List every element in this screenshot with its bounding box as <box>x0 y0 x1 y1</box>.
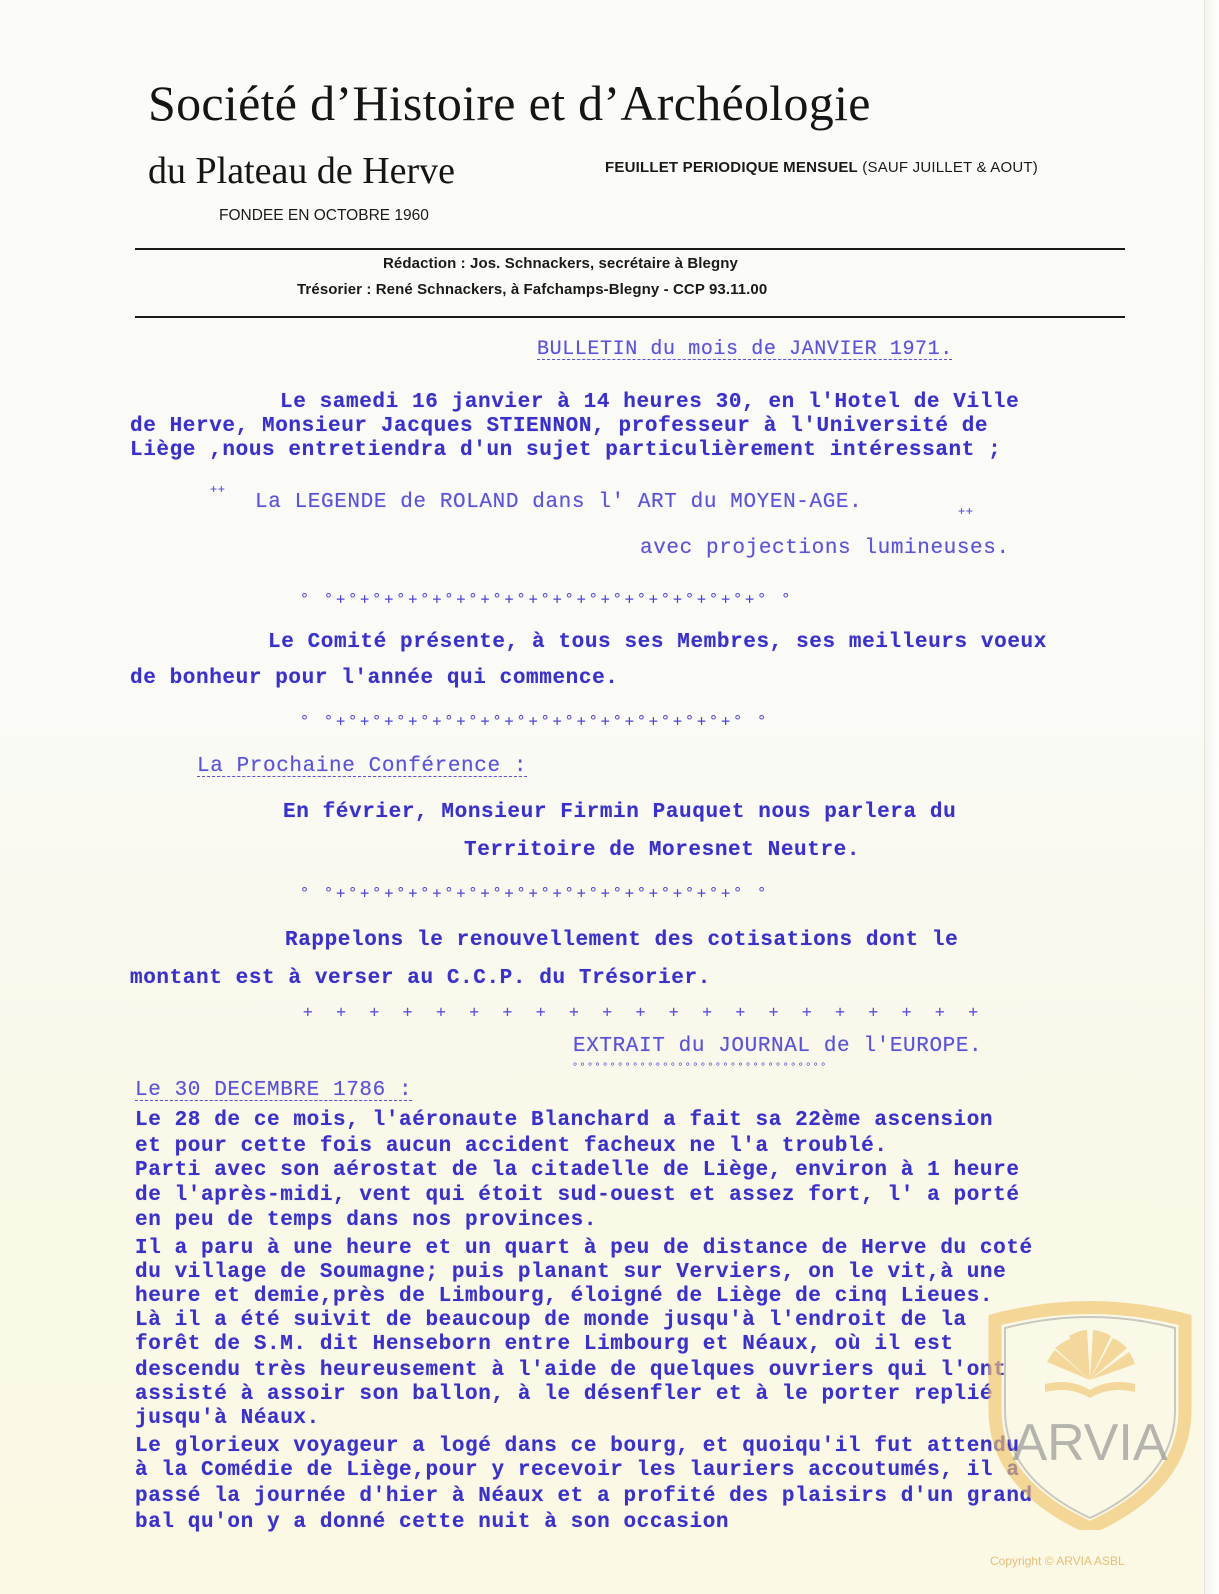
lecture-marks-right: ++ <box>958 506 974 518</box>
founded-date: FONDEE EN OCTOBRE 1960 <box>219 208 429 224</box>
wishes-line-2: de bonheur pour l'année qui commence. <box>130 668 618 689</box>
arvia-shield-icon: ARVIA <box>985 1300 1195 1530</box>
society-subtitle: du Plateau de Herve <box>148 152 455 190</box>
page-edge <box>1204 0 1219 1594</box>
separator-crosses: + + + + + + + + + + + + + + + + + + + + … <box>303 1002 985 1021</box>
next-conference-line-2: Territoire de Moresnet Neutre. <box>464 840 860 861</box>
dues-line-1: Rappelons le renouvellement des cotisati… <box>285 930 958 951</box>
story-line-13: jusqu'à Néaux. <box>135 1408 320 1429</box>
story-line-5: en peu de temps dans nos provinces. <box>135 1210 597 1231</box>
story-line-8: heure et demie,près de Limbourg, éloigné… <box>135 1286 993 1307</box>
top-rule <box>135 248 1125 250</box>
story-line-15: à la Comédie de Liège,pour y recevoir le… <box>135 1460 1020 1481</box>
story-line-3: Parti avec son aérostat de la citadelle … <box>135 1160 1020 1181</box>
periodic-exception: (SAUF JUILLET & AOUT) <box>858 159 1038 176</box>
lecture-note: avec projections lumineuses. <box>640 538 1010 559</box>
arvia-watermark: ARVIA <box>985 1300 1195 1520</box>
story-line-12: assisté à assoir son ballon, à le désenf… <box>135 1384 993 1405</box>
story-line-4: de l'après-midi, vent qui étoit sud-oues… <box>135 1185 1020 1206</box>
separator-ornament-2: ° °+°+°+°+°+°+°+°+°+°+°+°+°+°+°+°+°+° ° <box>300 712 769 730</box>
story-line-2: et pour cette fois aucun accident facheu… <box>135 1136 888 1157</box>
extract-heading: EXTRAIT du JOURNAL de l'EUROPE. <box>573 1036 982 1057</box>
story-line-17: bal qu'on y a donné cette nuit à son occ… <box>135 1512 729 1533</box>
bulletin-heading: BULLETIN du mois de JANVIER 1971. <box>537 340 953 360</box>
story-line-1: Le 28 de ce mois, l'aéronaute Blanchard … <box>135 1110 993 1131</box>
dues-line-2: montant est à verser au C.C.P. du Trésor… <box>130 968 711 989</box>
svg-text:ARVIA: ARVIA <box>1012 1414 1167 1472</box>
periodic-note: FEUILLET PERIODIQUE MENSUEL (SAUF JUILLE… <box>605 160 1038 175</box>
bottom-rule <box>135 316 1125 318</box>
announcement-line-2: de Herve, Monsieur Jacques STIENNON, pro… <box>130 416 988 437</box>
next-conference-heading: La Prochaine Conférence : <box>197 756 527 777</box>
copyright-notice: Copyright © ARVIA ASBL <box>990 1555 1125 1567</box>
separator-ornament-1: ° °+°+°+°+°+°+°+°+°+°+°+°+°+°+°+°+°+°+° … <box>300 590 793 608</box>
lecture-marks-left: ++ <box>210 484 226 496</box>
story-line-9: Là il a été suivit de beaucoup de monde … <box>135 1310 967 1331</box>
treasurer-line: Trésorier : René Schnackers, à Fafchamps… <box>297 282 767 297</box>
story-line-14: Le glorieux voyageur a logé dans ce bour… <box>135 1436 1020 1457</box>
separator-ornament-3: ° °+°+°+°+°+°+°+°+°+°+°+°+°+°+°+°+°+° ° <box>300 884 769 902</box>
society-title: Société d’Histoire et d’Archéologie <box>148 78 871 128</box>
story-line-7: du village de Soumagne; puis planant sur… <box>135 1262 1006 1283</box>
wishes-line-1: Le Comité présente, à tous ses Membres, … <box>268 632 1047 653</box>
extract-underline-dots: °°°°°°°°°°°°°°°°°°°°°°°°°°°°°°°°°° <box>572 1062 828 1073</box>
story-line-6: Il a paru à une heure et un quart à peu … <box>135 1238 1033 1259</box>
periodic-bold: FEUILLET PERIODIQUE MENSUEL <box>605 159 858 176</box>
story-line-10: forêt de S.M. dit Henseborn entre Limbou… <box>135 1334 954 1355</box>
date-heading: Le 30 DECEMBRE 1786 : <box>135 1080 412 1101</box>
announcement-line-3: Liège ,nous entretiendra d'un sujet part… <box>130 440 1001 461</box>
lecture-title: La LEGENDE de ROLAND dans l' ART du MOYE… <box>255 492 862 513</box>
announcement-line-1: Le samedi 16 janvier à 14 heures 30, en … <box>280 392 1019 413</box>
next-conference-line-1: En février, Monsieur Firmin Pauquet nous… <box>283 802 956 823</box>
story-line-16: passé la journée d'hier à Néaux et a pro… <box>135 1486 1033 1507</box>
redaction-line: Rédaction : Jos. Schnackers, secrétaire … <box>383 256 738 271</box>
story-line-11: descendu très heureusement à l'aide de q… <box>135 1360 1006 1381</box>
